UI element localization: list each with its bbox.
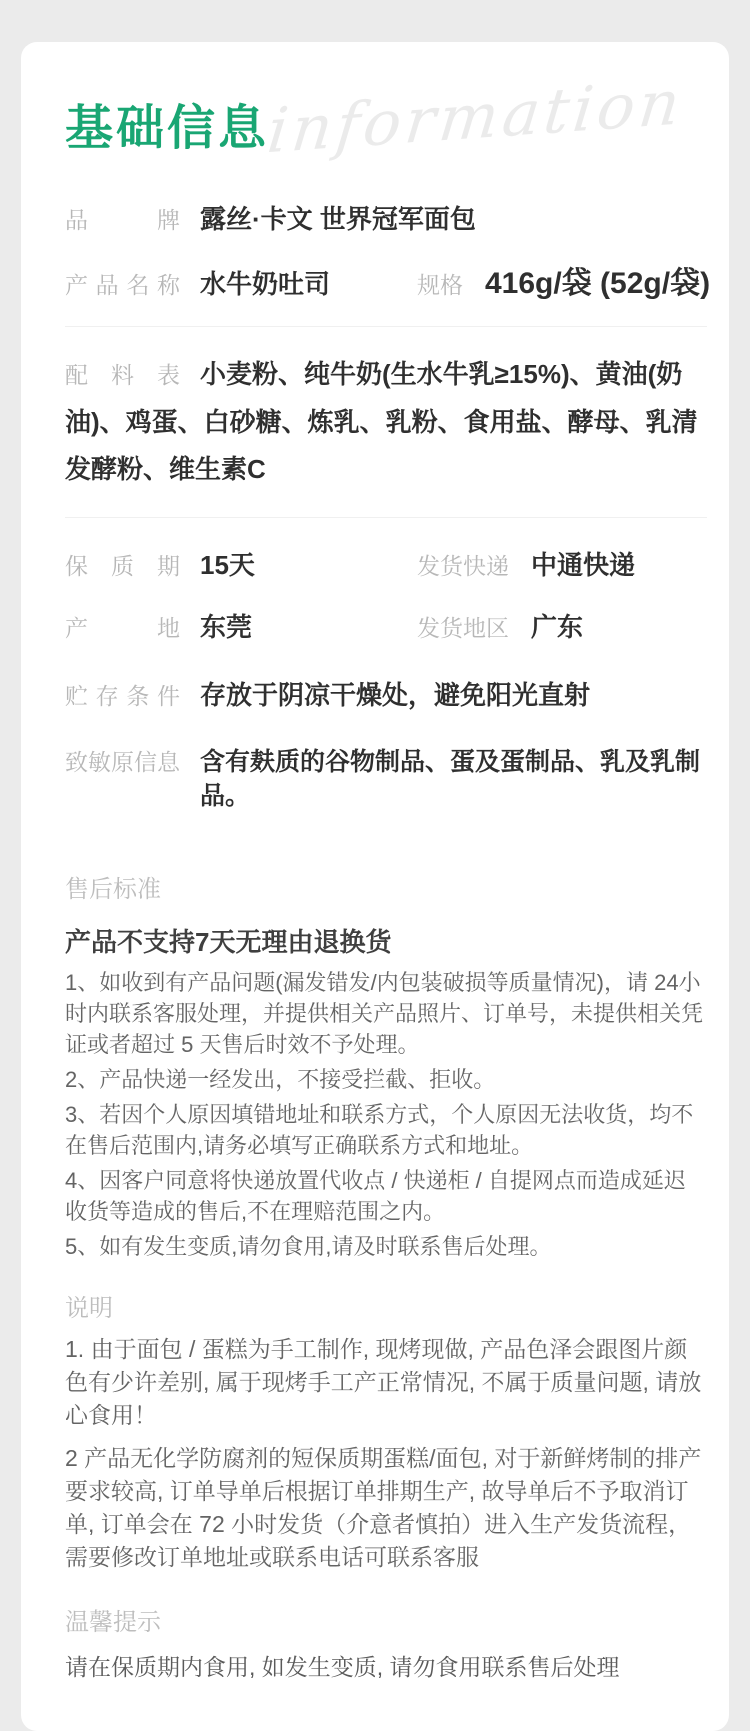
aftersales-heading: 售后标准	[65, 869, 707, 904]
brand-value: 露丝·卡文 世界冠军面包	[200, 202, 476, 236]
courier-label: 发货快递	[417, 548, 509, 581]
allergen-value: 含有麸质的谷物制品、蛋及蛋制品、乳及乳制品。	[200, 745, 707, 813]
storage-row: 贮存条件 存放于阴凉干燥处，避免阳光直射	[65, 678, 707, 712]
notes-heading: 说明	[65, 1288, 707, 1323]
aftersales-title: 产品不支持7天无理由退换货	[65, 922, 707, 959]
divider	[65, 326, 707, 327]
origin-value: 东莞	[200, 610, 252, 644]
basic-info-card: information 基础信息 品牌 露丝·卡文 世界冠军面包 产品名称 水牛…	[21, 42, 729, 1731]
ingredients-row: 配料表小麦粉、纯牛奶(生水牛乳≥15%)、黄油(奶油)、鸡蛋、白砂糖、炼乳、乳粉…	[65, 351, 707, 493]
divider	[65, 517, 707, 518]
ship-region-label: 发货地区	[417, 610, 509, 643]
courier-pair: 发货快递 中通快递	[417, 548, 707, 582]
spec-label: 规格	[417, 267, 463, 300]
aftersales-item-3: 3、若因个人原因填错地址和联系方式，个人原因无法收货，均不在售后范围内,请务必填…	[65, 1099, 707, 1161]
storage-label: 贮存条件	[65, 678, 180, 711]
storage-value: 存放于阴凉干燥处，避免阳光直射	[200, 678, 590, 712]
notes-item-2: 2 产品无化学防腐剂的短保质期蛋糕/面包, 对于新鲜烤制的排产要求较高, 订单导…	[65, 1442, 707, 1574]
ship-region-value: 广东	[531, 610, 583, 644]
aftersales-item-4: 4、因客户同意将快递放置代收点 / 快递柜 / 自提网点而造成延迟收货等造成的售…	[65, 1165, 707, 1227]
aftersales-item-1: 1、如收到有产品问题(漏发错发/内包装破损等质量情况)，请 24小时内联系客服处…	[65, 967, 707, 1060]
name-spec-row: 产品名称 水牛奶吐司 规格 416g/袋 (52g/袋)	[65, 266, 707, 302]
page-title: 基础信息	[65, 96, 707, 162]
ship-region-pair: 发货地区 广东	[417, 610, 707, 644]
origin-pair: 产地 东莞	[65, 610, 417, 644]
tips-text: 请在保质期内食用, 如发生变质, 请勿食用联系售后处理	[65, 1651, 707, 1683]
aftersales-item-2: 2、产品快递一经发出，不接受拦截、拒收。	[65, 1064, 707, 1095]
shelf-life-value: 15天	[200, 548, 255, 582]
tips-heading: 温馨提示	[65, 1602, 707, 1637]
brand-row: 品牌 露丝·卡文 世界冠军面包	[65, 202, 707, 236]
allergen-row: 致敏原信息 含有麸质的谷物制品、蛋及蛋制品、乳及乳制品。	[65, 744, 707, 813]
notes-item-1: 1. 由于面包 / 蛋糕为手工制作, 现烤现做, 产品色泽会跟图片颜色有少许差别…	[65, 1333, 707, 1432]
spec-pair: 规格 416g/袋 (52g/袋)	[417, 266, 707, 302]
aftersales-item-5: 5、如有发生变质,请勿食用,请及时联系售后处理。	[65, 1231, 707, 1262]
shelf-courier-row: 保质期 15天 发货快递 中通快递	[65, 548, 707, 582]
product-name-pair: 产品名称 水牛奶吐司	[65, 267, 417, 301]
shelf-life-label: 保质期	[65, 548, 180, 581]
courier-value: 中通快递	[531, 548, 635, 582]
title-block: information 基础信息	[65, 96, 707, 162]
product-name-value: 水牛奶吐司	[200, 267, 330, 301]
shelf-life-pair: 保质期 15天	[65, 548, 417, 582]
ingredients-label: 配料表	[65, 352, 180, 399]
origin-region-row: 产地 东莞 发货地区 广东	[65, 610, 707, 644]
brand-label: 品牌	[65, 202, 180, 235]
origin-label: 产地	[65, 610, 180, 643]
product-name-label: 产品名称	[65, 267, 180, 300]
allergen-label: 致敏原信息	[65, 744, 180, 777]
spec-value: 416g/袋 (52g/袋)	[485, 266, 710, 302]
